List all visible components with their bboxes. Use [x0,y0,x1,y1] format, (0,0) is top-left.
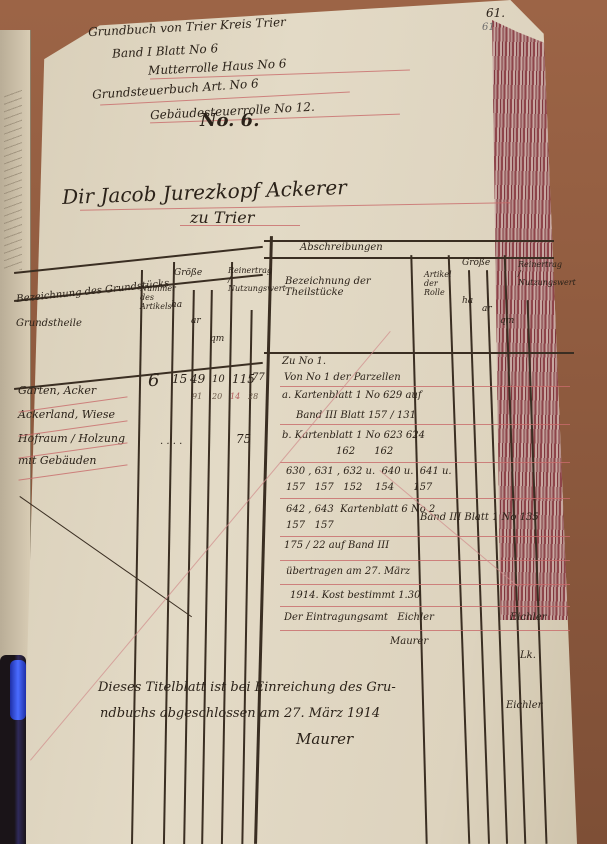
right-margin-note-2: Lk. [520,650,536,661]
col-header-parts: Grundstheile [16,318,82,329]
closing-signature: Maurer [296,730,353,748]
row1-sub-1: 91 [192,392,202,401]
row1-sub-2: 20 [212,392,222,401]
col-header-count: Nummer des Artikels [140,284,166,311]
abschr-line-6: 162 162 [282,446,393,457]
abschr-line-9: 642 , 643 Kartenblatt 6 No 2 [286,504,435,515]
row1-count: 6 [148,370,159,391]
col-header-qm: qm [210,334,224,344]
abschr-line-4: Band III Blatt 157 / 131 [296,410,416,421]
col-header-desc: Bezeichnung der Theilstücke [285,276,405,298]
row1-dots: . . . . [160,436,182,447]
owner-underline-2 [180,225,300,226]
row1-qm: 10 [212,374,225,385]
row1-ar: 49 [190,372,205,386]
abschr-line-8: 157 157 152 154 157 [286,482,432,493]
row1-rent2: 77 [252,372,265,383]
abschr-rule-1 [280,386,570,387]
col-header-ha: ha [171,300,182,310]
right-margin-note-1: Eichler [510,612,546,623]
page-number: 61. [486,6,505,20]
row1-parts-1: Garten, Acker [18,384,96,397]
row1-sub-4: 28 [248,392,258,401]
abschr-rule-3 [280,462,570,463]
row1-ha: 15 [172,372,187,386]
abschr-line-16: Maurer [390,636,428,647]
abschr-line-7: 630 , 631 , 632 u. 640 u. 641 u. [286,466,452,477]
col-header-ar: ar [191,316,201,326]
closing-line-2: ndbuchs abgeschlossen am 27. März 1914 [100,706,380,721]
right-group-title: Abschreibungen [300,242,383,253]
abschr-rule-4 [280,498,570,499]
abschr-rule-5 [280,536,570,537]
col-header-size: Größe [174,268,202,278]
abschr-line-1: Zu No 1. [282,356,326,367]
col-header-r-qm: qm [500,316,514,326]
col-header-r-ha: ha [462,296,473,306]
col-header-r-size: Größe [462,258,490,268]
abschr-line-14: 1914. Kost bestimmt 1.30 [290,590,420,601]
col-header-rent: Reinertrag / Nutzungswert [228,266,262,293]
col-header-article: Artikel der Rolle [424,270,456,297]
abschr-line-10: 157 157 [286,520,334,531]
header-line-6: No. 6. [200,110,259,131]
page-number-pencil: 61 [482,22,495,33]
closing-right-signature: Eichler [506,700,542,711]
abschr-rule-9 [280,630,570,631]
row1-value-below: 75 [236,432,251,446]
abschr-line-12: 175 / 22 auf Band III [284,540,389,551]
abschr-line-3: a. Kartenblatt 1 No 629 auf [282,390,422,401]
col-header-r-ar: ar [482,304,492,314]
abschr-line-13: übertragen am 27. März [286,566,410,577]
abschr-rule-2 [280,424,570,425]
closing-line-1: Dieses Titelblatt ist bei Einreichung de… [98,680,396,695]
left-page-hatching [4,90,22,270]
pen-clip [10,660,26,720]
row1-sub-3: 14 [230,392,240,401]
abschr-rule-7 [280,584,570,585]
abschr-line-2: Von No 1 der Parzellen [284,372,401,383]
abschr-rule-8 [280,606,570,607]
col-header-r-rent: Reinertrag / Nutzungswert [518,260,554,287]
table-group-rule-right [264,257,554,259]
abschr-rule-6 [280,560,570,561]
abschr-line-15: Der Eintragungsamt Eichler [284,612,434,623]
